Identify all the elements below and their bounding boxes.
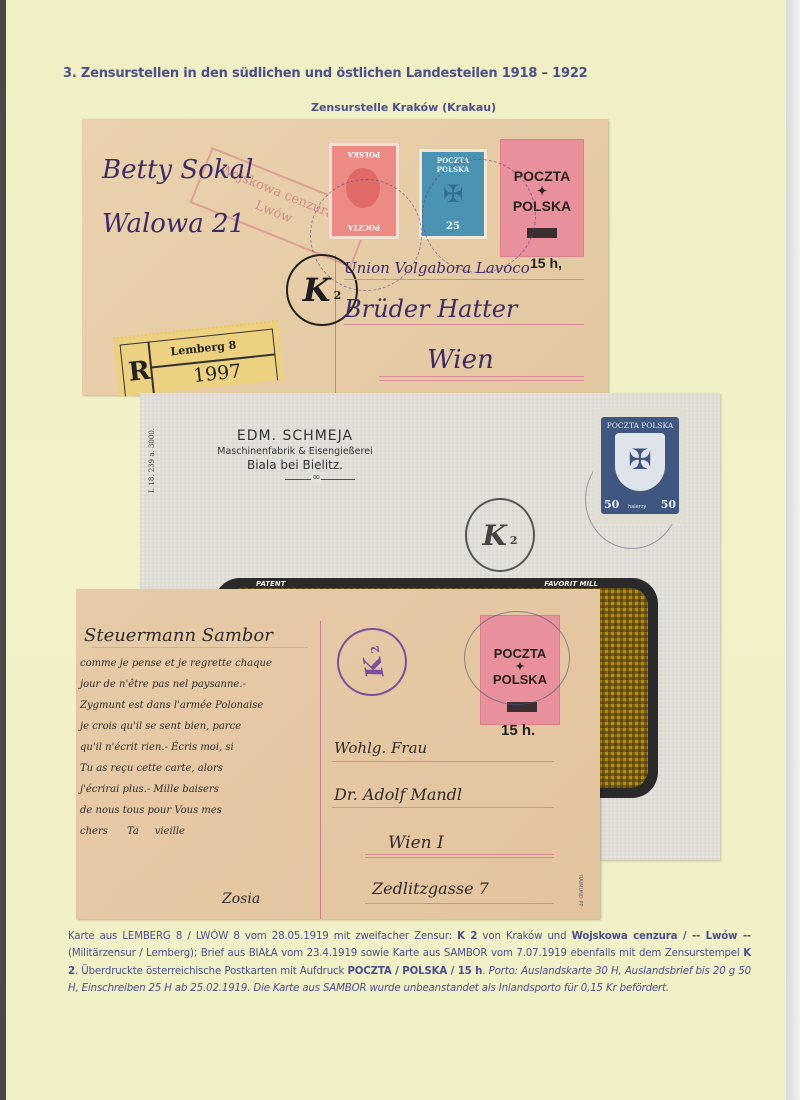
address-line-2: Dr. Adolf Mandl bbox=[334, 785, 462, 804]
eagle-icon: ✠ bbox=[615, 443, 665, 476]
handwritten-message: comme je pense et je regrette chaque jou… bbox=[80, 653, 320, 842]
letterhead: EDM. SCHMEJA Maschinenfabrik & Eisengieß… bbox=[140, 428, 400, 483]
address-line-2: Brüder Hatter bbox=[344, 295, 517, 323]
censor-mark-k2: K2 bbox=[332, 622, 413, 701]
overprint-value: 15 h. bbox=[501, 722, 535, 739]
page-title: 3. Zensurstellen in den südlichen und ös… bbox=[63, 66, 588, 81]
postcard-sambor: Steuermann Sambor comme je pense et je r… bbox=[76, 589, 600, 919]
sender-street: Walowa 21 bbox=[102, 209, 245, 239]
company-city: Biala bei Bielitz. bbox=[190, 458, 400, 472]
signature: Zosia bbox=[222, 891, 260, 907]
postcard-lemberg: Wojskowa cenzura Lwów Betty Sokal Walowa… bbox=[82, 119, 608, 395]
address-line-1: Union Volgabora Lavoco bbox=[344, 259, 530, 277]
registration-label: R Lemberg 8 1997 bbox=[113, 320, 284, 397]
postmark-lemberg-2 bbox=[422, 159, 536, 273]
censor-mark-k2: K2 bbox=[465, 498, 535, 572]
company-description: Maschinenfabrik & Eisengießerei bbox=[190, 446, 400, 457]
address-divider bbox=[320, 621, 321, 919]
printer-mark: RAIMUND PP bbox=[577, 875, 583, 906]
address-line-3: Wien I bbox=[388, 833, 444, 853]
postmark-sambor bbox=[464, 611, 570, 705]
description-text: Karte aus LEMBERG 8 / LWÓW 8 vom 28.05.1… bbox=[68, 928, 751, 998]
message-greeting: Steuermann Sambor bbox=[84, 625, 273, 646]
stamp-polska-50-halerzy: POCZTA POLSKA ✠ 50 halerzy 50 bbox=[593, 409, 687, 524]
overprint-value: 15 h, bbox=[530, 255, 562, 271]
company-name: EDM. SCHMEJA bbox=[190, 428, 400, 444]
page-right-edge bbox=[786, 0, 800, 1100]
ornament-icon: ∞ bbox=[285, 475, 355, 483]
sender-name: Betty Sokal bbox=[102, 155, 253, 185]
section-subtitle: Zensurstelle Kraków (Krakau) bbox=[311, 101, 496, 114]
address-line-3: Wien bbox=[427, 345, 494, 375]
address-line-1: Wohlg. Frau bbox=[334, 739, 427, 757]
address-line-4: Zedlitzgasse 7 bbox=[372, 879, 489, 898]
